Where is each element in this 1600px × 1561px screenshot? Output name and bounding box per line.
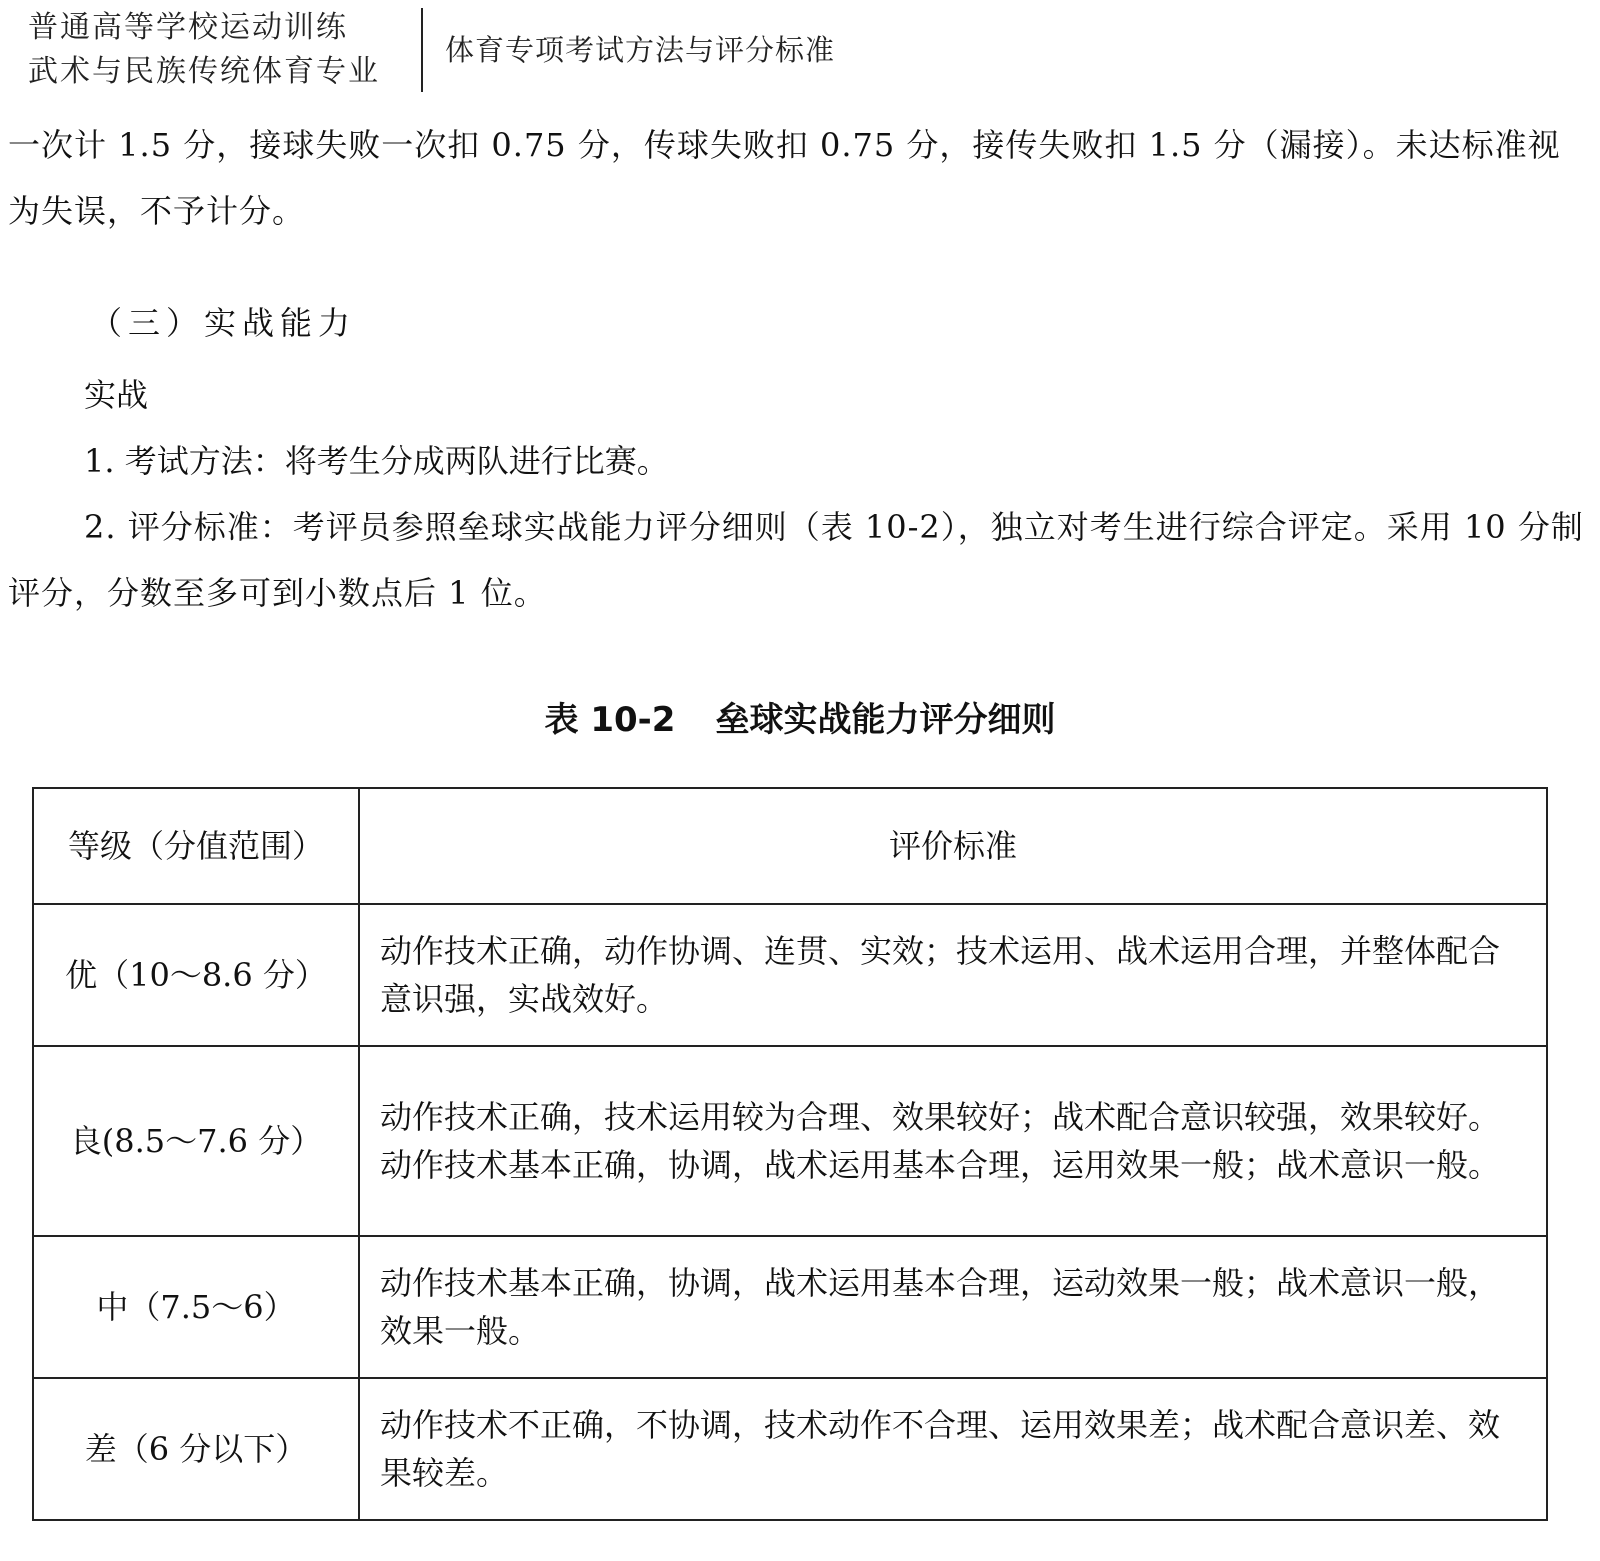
paragraph-scoring-rules: 一次计 1.5 分，接球失败一次扣 0.75 分，传球失败扣 0.75 分，接传… — [8, 112, 1593, 244]
section-heading: （三）实战能力 — [90, 290, 356, 356]
scoring-standard-item: 2. 评分标准：考评员参照垒球实战能力评分细则（表 10-2），独立对考生进行综… — [8, 494, 1593, 626]
grade-cell: 中（7.5～6） — [33, 1236, 359, 1378]
table-title-text: 垒球实战能力评分细则 — [715, 700, 1055, 740]
table-row: 优（10～8.6 分） 动作技术正确，动作协调、连贯、实效；技术运用、战术运用合… — [33, 904, 1547, 1046]
grade-cell: 良(8.5～7.6 分） — [33, 1046, 359, 1236]
table-header-row: 等级（分值范围） 评价标准 — [33, 788, 1547, 904]
sub-heading: 实战 — [84, 362, 148, 428]
criteria-cell: 动作技术不正确，不协调，技术动作不合理、运用效果差；战术配合意识差、效果较差。 — [359, 1378, 1547, 1520]
running-header-chapter-title: 体育专项考试方法与评分标准 — [445, 28, 835, 72]
grade-cell: 优（10～8.6 分） — [33, 904, 359, 1046]
header-line-2: 武术与民族传统体育专业 — [28, 50, 423, 94]
criteria-cell: 动作技术基本正确，协调，战术运用基本合理，运动效果一般；战术意识一般，效果一般。 — [359, 1236, 1547, 1378]
table-number: 表 10-2 — [545, 700, 676, 740]
running-header-book-title: 普通高等学校运动训练 武术与民族传统体育专业 — [28, 6, 423, 94]
table-row: 差（6 分以下） 动作技术不正确，不协调，技术动作不合理、运用效果差；战术配合意… — [33, 1378, 1547, 1520]
header-line-1: 普通高等学校运动训练 — [28, 6, 423, 50]
scoring-table: 等级（分值范围） 评价标准 优（10～8.6 分） 动作技术正确，动作协调、连贯… — [32, 787, 1548, 1521]
header-grade: 等级（分值范围） — [33, 788, 359, 904]
table-row: 中（7.5～6） 动作技术基本正确，协调，战术运用基本合理，运动效果一般；战术意… — [33, 1236, 1547, 1378]
table-row: 良(8.5～7.6 分） 动作技术正确，技术运用较为合理、效果较好；战术配合意识… — [33, 1046, 1547, 1236]
exam-method-item: 1. 考试方法：将考生分成两队进行比赛。 — [84, 428, 669, 494]
grade-cell: 差（6 分以下） — [33, 1378, 359, 1520]
criteria-cell: 动作技术正确，动作协调、连贯、实效；技术运用、战术运用合理，并整体配合意识强，实… — [359, 904, 1547, 1046]
criteria-cell: 动作技术正确，技术运用较为合理、效果较好；战术配合意识较强，效果较好。动作技术基… — [359, 1046, 1547, 1236]
table-caption: 表 10-2垒球实战能力评分细则 — [0, 695, 1600, 745]
header-criteria: 评价标准 — [359, 788, 1547, 904]
header-divider — [421, 8, 423, 92]
